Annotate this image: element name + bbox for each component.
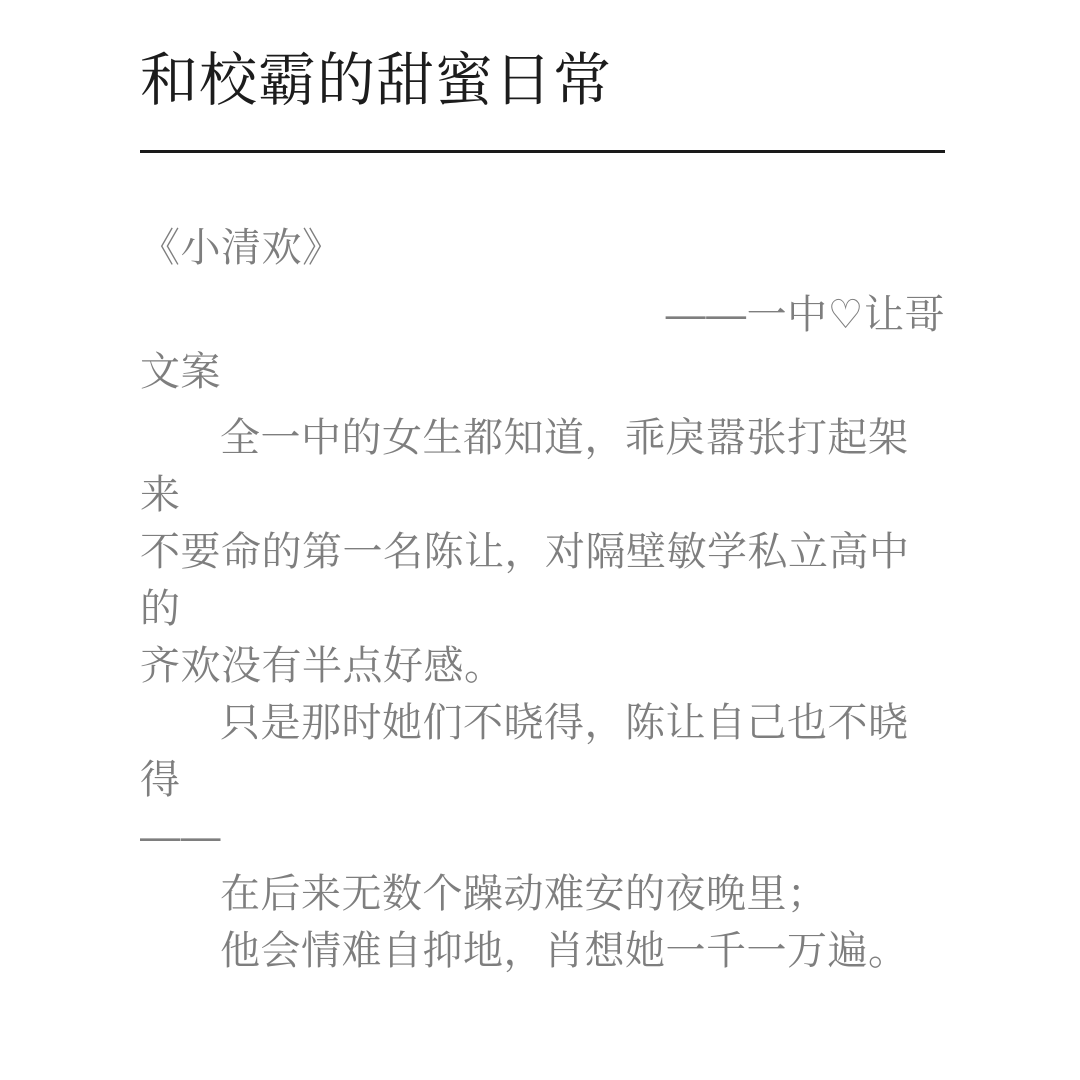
- synopsis-content: 《小清欢》 ——一中♡让哥 文案 全一中的女生都知道，乖戾嚣张打起架来 不要命的…: [140, 220, 945, 980]
- book-title: 《小清欢》: [140, 220, 945, 277]
- author-attribution: ——一中♡让哥: [140, 287, 945, 344]
- novel-promo-page: 和校霸的甜蜜日常 《小清欢》 ——一中♡让哥 文案 全一中的女生都知道，乖戾嚣张…: [0, 0, 1080, 1080]
- synopsis-line: 不要命的第一名陈让，对隔壁敏学私立高中的: [140, 524, 945, 638]
- synopsis-line: 全一中的女生都知道，乖戾嚣张打起架来: [140, 410, 945, 524]
- synopsis-line: 他会情难自抑地，肖想她一千一万遍。: [140, 923, 945, 980]
- page-title: 和校霸的甜蜜日常: [140, 45, 945, 117]
- section-label: 文案: [140, 344, 945, 401]
- synopsis-line: 在后来无数个躁动难安的夜晚里；: [140, 866, 945, 923]
- synopsis-line-dash: ——: [140, 809, 945, 866]
- synopsis-line: 齐欢没有半点好感。: [140, 638, 945, 695]
- title-divider: [140, 150, 945, 153]
- synopsis-paragraphs: 全一中的女生都知道，乖戾嚣张打起架来 不要命的第一名陈让，对隔壁敏学私立高中的 …: [140, 410, 945, 980]
- synopsis-line: 只是那时她们不晓得，陈让自己也不晓得: [140, 695, 945, 809]
